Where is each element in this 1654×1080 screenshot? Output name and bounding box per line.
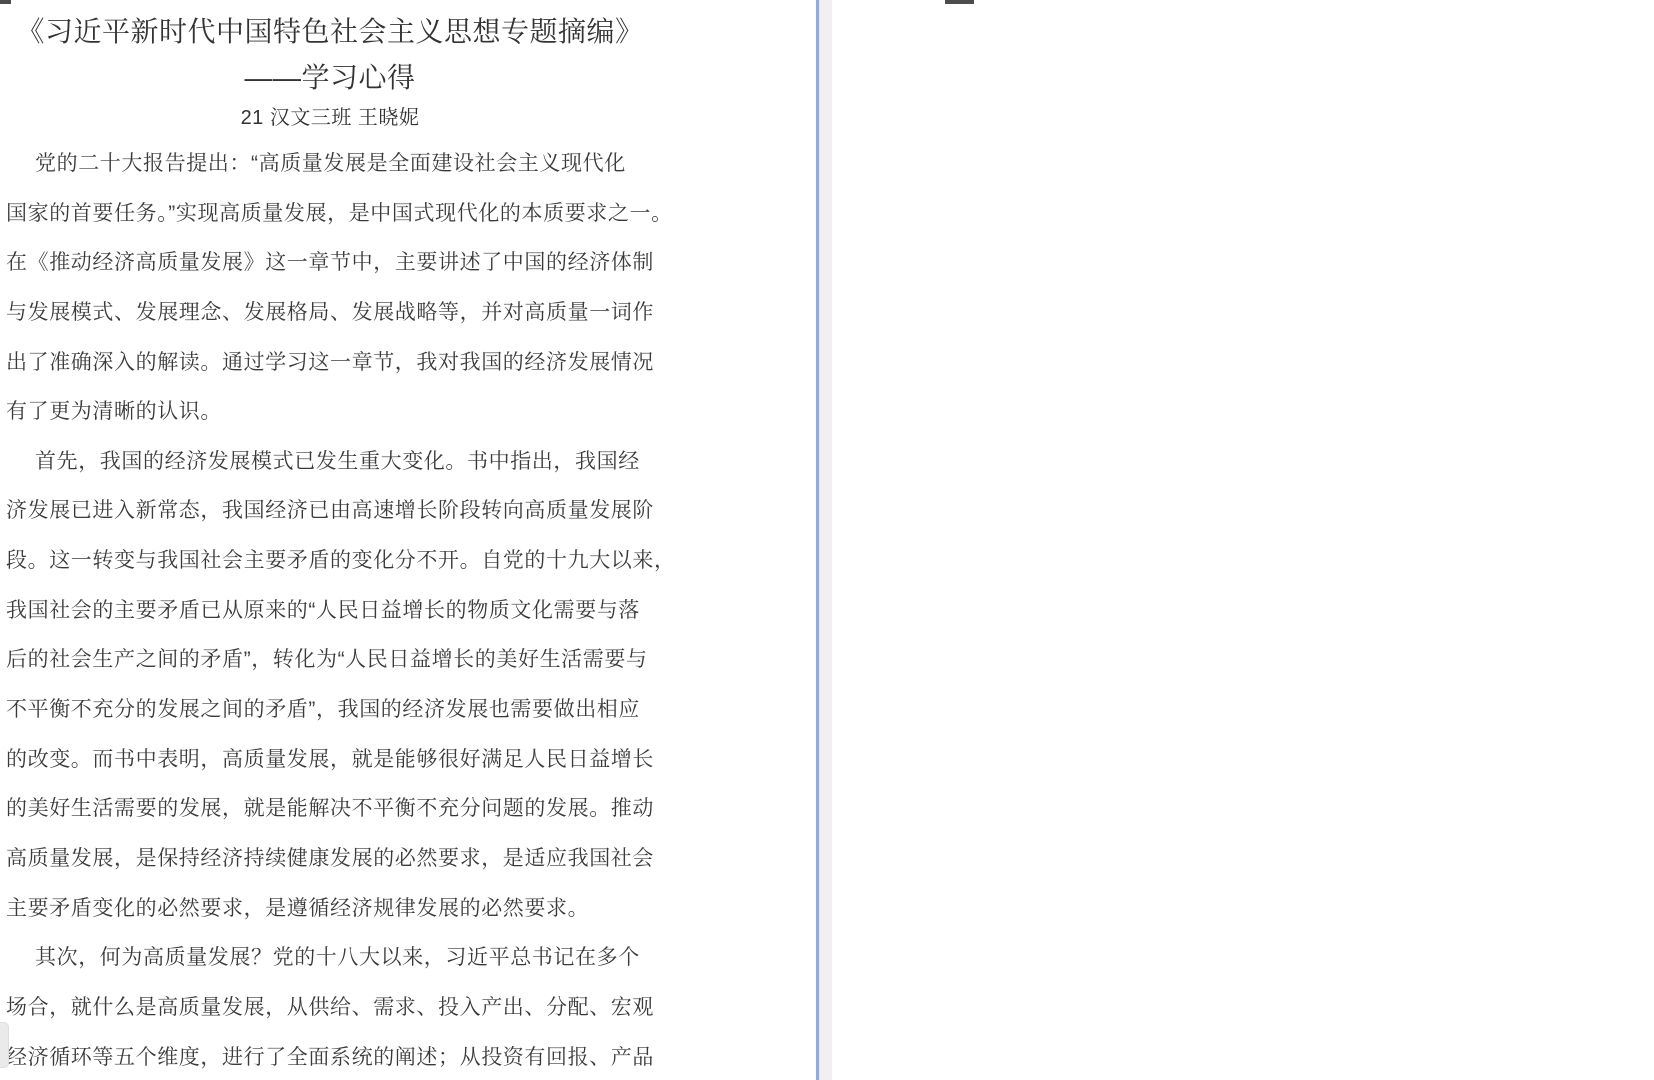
text-line: 不平衡不充分的发展之间的矛盾”，我国的经济发展也需要做出相应 [6, 685, 671, 735]
page-left: 《习近平新时代中国特色社会主义思想专题摘编》 ——学习心得 21 汉文三班 王晓… [0, 0, 816, 1080]
text-line: 出了准确深入的解读。通过学习这一章节，我对我国的经济发展情况 [6, 338, 671, 388]
text-line: 高质量发展，是保持经济持续健康发展的必然要求，是适应我国社会 [6, 834, 671, 884]
text-line: 党的二十大报告提出：“高质量发展是全面建设社会主义现代化 [6, 139, 671, 189]
text-line: 的改变。而书中表明，高质量发展，就是能够很好满足人民日益增长 [6, 735, 671, 785]
document-byline: 21 汉文三班 王晓妮 [6, 101, 654, 130]
text-line: 首先，我国的经济发展模式已发生重大变化。书中指出，我国经 [6, 437, 671, 487]
text-line: 后的社会生产之间的矛盾”，转化为“人民日益增长的美好生活需要与 [6, 635, 671, 685]
text-line: 主要矛盾变化的必然要求，是遵循经济规律发展的必然要求。 [6, 884, 671, 934]
left-page-text-column: 党的二十大报告提出：“高质量发展是全面建设社会主义现代化国家的首要任务。”实现高… [6, 139, 671, 1080]
text-line: 济发展已进入新常态，我国经济已由高速增长阶段转向高质量发展阶 [6, 486, 671, 536]
text-line: 我国社会的主要矛盾已从原来的“人民日益增长的物质文化需要与落 [6, 586, 671, 636]
text-line: 其次，何为高质量发展？党的十八大以来，习近平总书记在多个 [6, 933, 671, 983]
text-line: 经济循环等五个维度，进行了全面系统的阐述；从投资有回报、产品 [6, 1033, 671, 1080]
text-line: 段。这一转变与我国社会主要矛盾的变化分不开。自党的十九大以来， [6, 536, 671, 586]
text-line: 与发展模式、发展理念、发展格局、发展战略等，并对高质量一词作 [6, 288, 671, 338]
text-line: 有了更为清晰的认识。 [6, 387, 671, 437]
page-gap [819, 0, 833, 1080]
scrollbar-fragment[interactable] [0, 1022, 9, 1068]
top-edge-mark-left [0, 0, 11, 4]
text-line: 在《推动经济高质量发展》这一章节中，主要讲述了中国的经济体制 [6, 238, 671, 288]
text-line: 国家的首要任务。”实现高质量发展，是中国式现代化的本质要求之一。 [6, 189, 671, 239]
text-line: 的美好生活需要的发展，就是能解决不平衡不充分问题的发展。推动 [6, 784, 671, 834]
top-edge-mark-right [945, 0, 974, 4]
page-right: 有市场、企业有利润、员工有收入、政府有税收、环境有改善等六个方面，提出如何衡量发… [832, 0, 1654, 1080]
text-line: 场合，就什么是高质量发展，从供给、需求、投入产出、分配、宏观 [6, 983, 671, 1033]
document-title: 《习近平新时代中国特色社会主义思想专题摘编》 [6, 10, 654, 50]
document-viewer: 《习近平新时代中国特色社会主义思想专题摘编》 ——学习心得 21 汉文三班 王晓… [0, 0, 1654, 1080]
document-subtitle: ——学习心得 [6, 56, 654, 96]
